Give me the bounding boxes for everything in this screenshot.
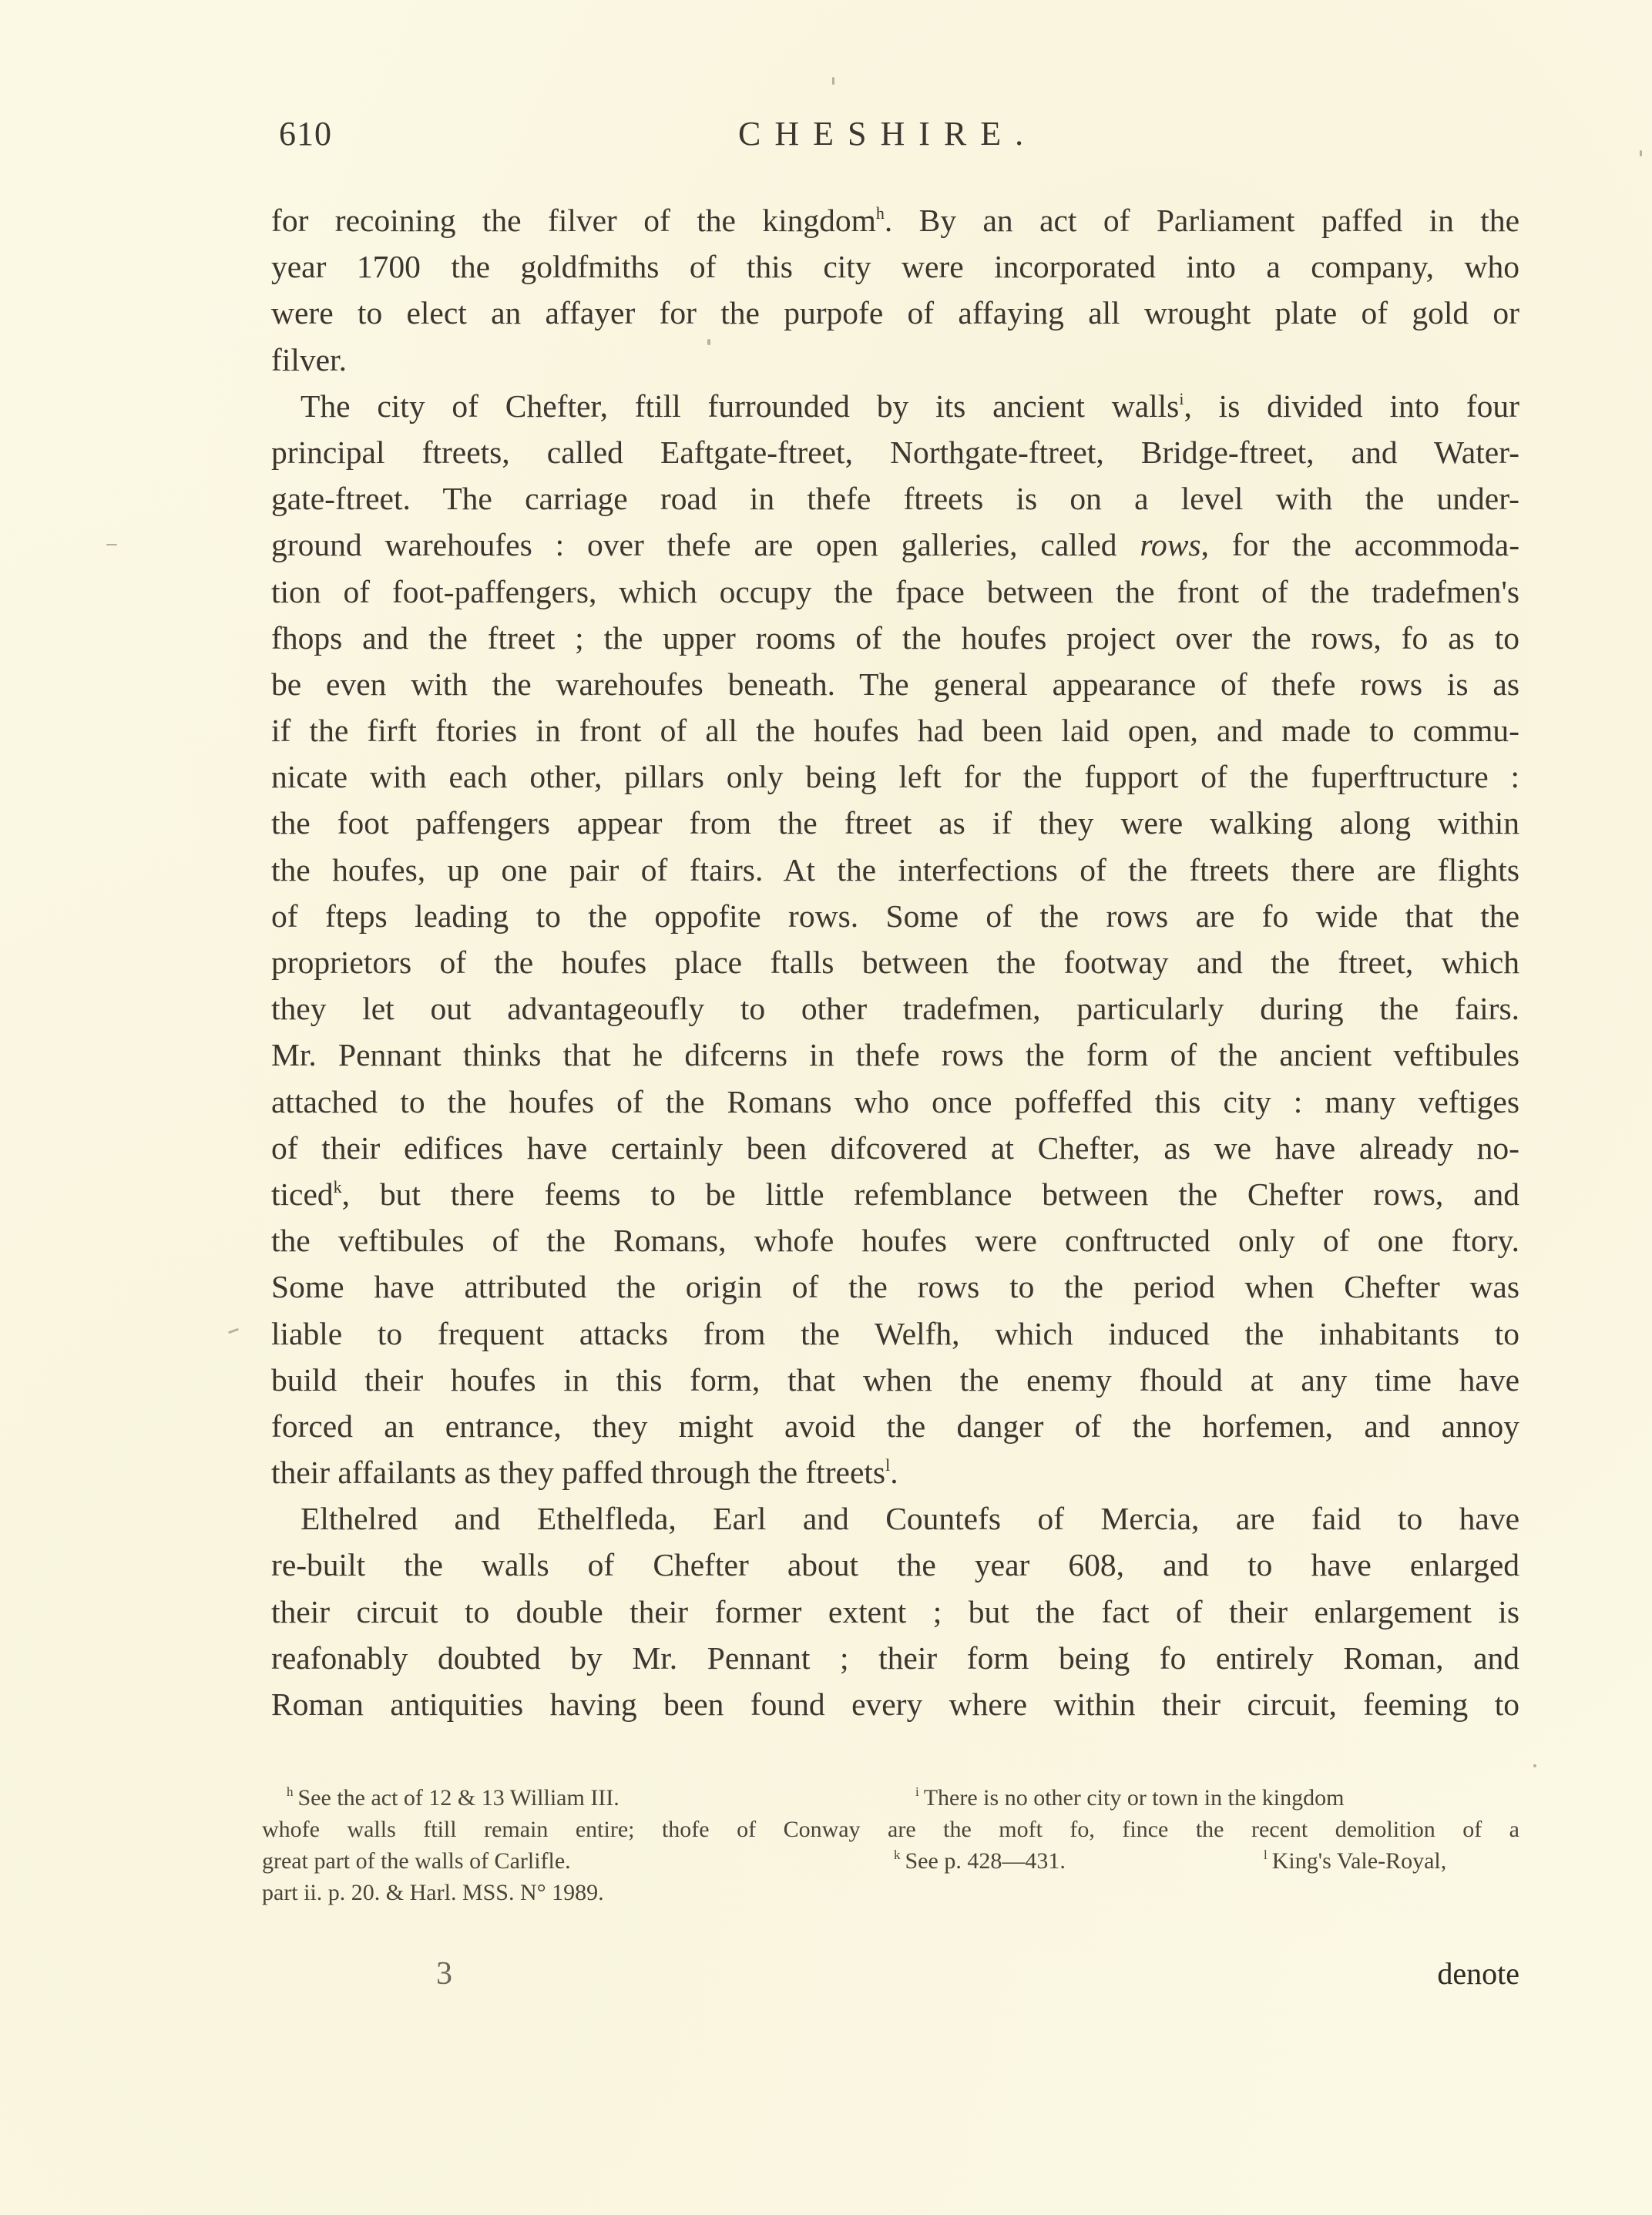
- body-text: for recoining the filver of the kingdomh…: [271, 197, 1519, 1727]
- text-line: the veftibules of the Romans, whofe houf…: [271, 1217, 1519, 1264]
- text-line: be even with the warehoufes beneath. The…: [271, 661, 1519, 707]
- paper-speck: [832, 77, 834, 85]
- text-line: they let out advantageoufly to other tra…: [271, 985, 1519, 1032]
- footnote-line: hSee the act of 12 & 13 William III. iTh…: [262, 1782, 1519, 1814]
- paragraph-start-line: Elthelred and Ethelfleda, Earl and Count…: [271, 1495, 1519, 1542]
- text-line: principal ftreets, called Eaftgate-ftree…: [271, 429, 1519, 475]
- text-line: gate-ftreet. The carriage road in thefe …: [271, 475, 1519, 522]
- text-line: were to elect an affayer for the purpofe…: [271, 290, 1519, 336]
- text-line: their circuit to double their former ext…: [271, 1589, 1519, 1635]
- text-line: Some have attributed the origin of the r…: [271, 1264, 1519, 1310]
- text-line: proprietors of the houfes place ftalls b…: [271, 939, 1519, 985]
- catchword: denote: [1437, 1955, 1519, 1992]
- italic-term: rows: [1140, 527, 1200, 562]
- footnote-ref-h[interactable]: h: [876, 203, 885, 223]
- paper-speck: [106, 544, 117, 545]
- footnote-i: iThere is no other city or town in the k…: [915, 1782, 1344, 1814]
- footnote-line: great part of the walls of Carlifle. kSe…: [262, 1845, 1519, 1877]
- paper-speck: [228, 1328, 239, 1334]
- text-line: of their edifices have certainly been di…: [271, 1125, 1519, 1171]
- text-line: build their houfes in this form, that wh…: [271, 1357, 1519, 1403]
- text-line: if the firft ftories in front of all the…: [271, 707, 1519, 753]
- paragraph-start-line: The city of Chefter, ftill furrounded by…: [271, 383, 1519, 429]
- text-line: their affailants as they paffed through …: [271, 1449, 1519, 1495]
- footnote-k: kSee p. 428—431.: [894, 1845, 1066, 1877]
- text-line: the houfes, up one pair of ftairs. At th…: [271, 847, 1519, 893]
- paper-speck: [1640, 150, 1642, 156]
- text-line: fhops and the ftreet ; the upper rooms o…: [271, 615, 1519, 661]
- text-line: Roman antiquities having been found ever…: [271, 1681, 1519, 1727]
- footnote-mark-k: k: [894, 1848, 901, 1862]
- page-footer: 3 denote: [271, 1955, 1519, 2002]
- text-line: ticedk, but there feems to be little ref…: [271, 1171, 1519, 1217]
- text-line: liable to frequent attacks from the Welf…: [271, 1311, 1519, 1357]
- text-line: nicate with each other, pillars only bei…: [271, 753, 1519, 800]
- text-line: filver.: [271, 337, 1519, 383]
- running-title: CHESHIRE.: [738, 114, 1037, 153]
- text-line: ground warehoufes : over thefe are open …: [271, 522, 1519, 568]
- footnote-ref-k[interactable]: k: [334, 1177, 342, 1196]
- paper-speck: [1533, 1764, 1536, 1767]
- page-number: 610: [279, 114, 332, 153]
- footnote-mark-l: l: [1264, 1848, 1268, 1862]
- text-line: Mr. Pennant thinks that he difcerns in t…: [271, 1032, 1519, 1078]
- footnote-mark-i: i: [915, 1784, 919, 1799]
- text-line: for recoining the filver of the kingdomh…: [271, 197, 1519, 243]
- text-line: re-built the walls of Chefter about the …: [271, 1542, 1519, 1588]
- running-head: 610 CHESHIRE.: [279, 114, 1519, 160]
- footnote-mark-h: h: [287, 1784, 294, 1799]
- text-line: tion of foot-paffengers, which occupy th…: [271, 569, 1519, 615]
- footnote-line: part ii. p. 20. & Harl. MSS. N° 1989.: [262, 1877, 1519, 1908]
- footnote-line: whofe walls ftill remain entire; thofe o…: [262, 1814, 1519, 1845]
- text-line: forced an entrance, they might avoid the…: [271, 1403, 1519, 1449]
- signature-mark: 3: [436, 1955, 452, 1992]
- footnotes: hSee the act of 12 & 13 William III. iTh…: [262, 1782, 1519, 1908]
- text-line: the foot paffengers appear from the ftre…: [271, 800, 1519, 846]
- text-line: attached to the houfes of the Romans who…: [271, 1079, 1519, 1125]
- paper-speck: [707, 339, 710, 345]
- text-line: of fteps leading to the oppofite rows. S…: [271, 893, 1519, 939]
- book-page: 610 CHESHIRE. for recoining the filver o…: [0, 0, 1652, 2215]
- text-line: year 1700 the goldfmiths of this city we…: [271, 243, 1519, 290]
- footnote-h: hSee the act of 12 & 13 William III.: [287, 1782, 619, 1814]
- text-line: reafonably doubted by Mr. Pennant ; thei…: [271, 1635, 1519, 1681]
- footnote-l: lKing's Vale-Royal,: [1264, 1845, 1446, 1877]
